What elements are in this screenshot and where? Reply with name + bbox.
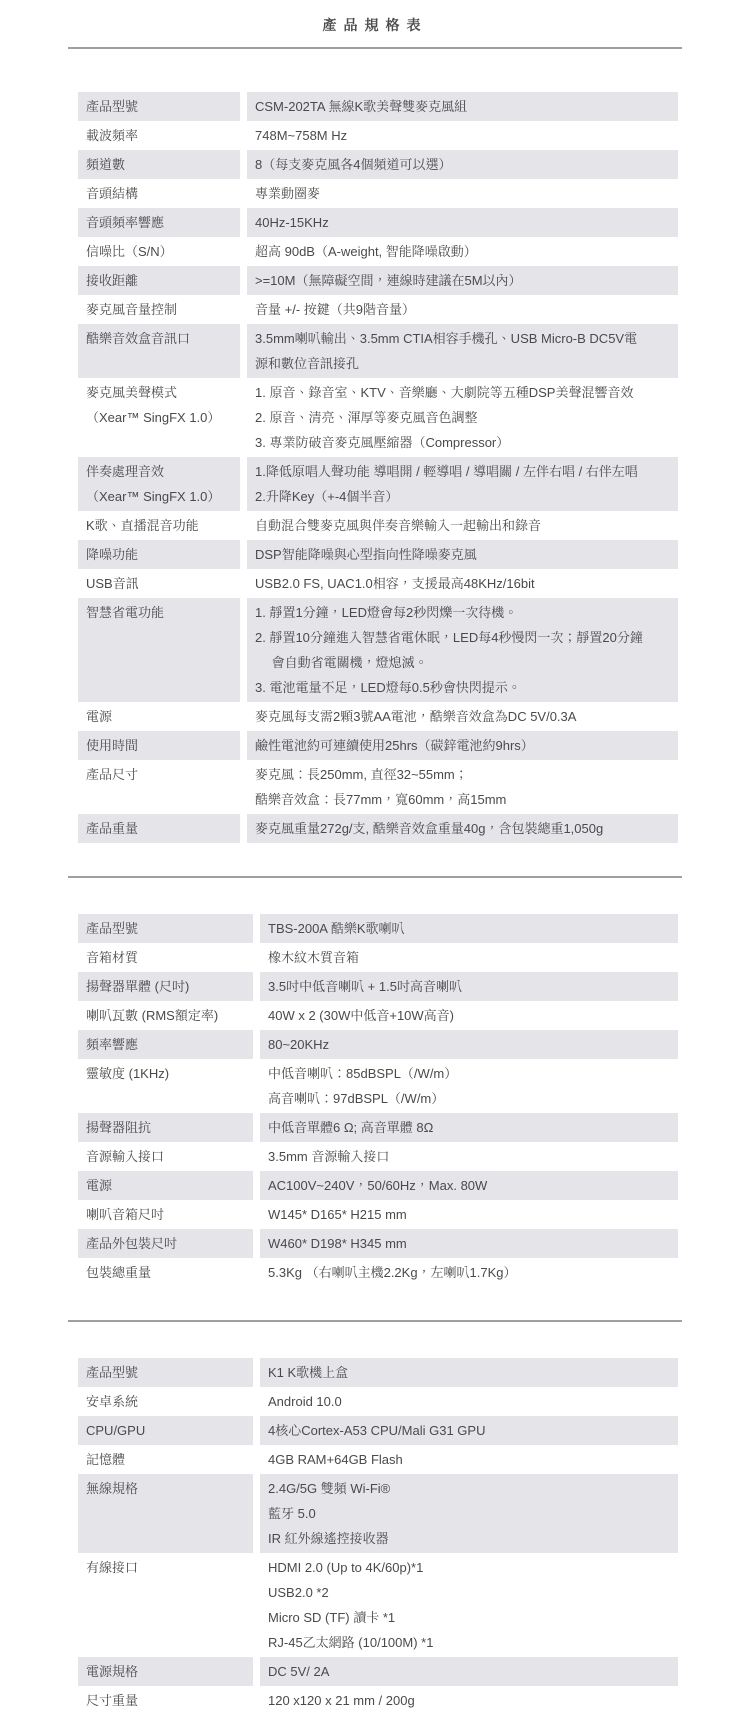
spec-row: 產品重量麥克風重量272g/支, 酷樂音效盒重量40g，含包裝總重1,050g	[78, 814, 678, 843]
spec-label-line: 頻道數	[86, 152, 232, 177]
spec-label-line: 使用時間	[86, 733, 232, 758]
spec-value-cell: Android 10.0	[260, 1387, 678, 1416]
spec-value-cell: W145* D165* H215 mm	[260, 1200, 678, 1229]
spec-label-line: 載波頻率	[86, 123, 232, 148]
spec-value-line: 1. 原音、錄音室、KTV、音樂廳、大劇院等五種DSP美聲混響音效	[255, 380, 670, 405]
spec-row: 產品尺寸麥克風：長250mm, 直徑32~55mm；酷樂音效盒：長77mm，寬6…	[78, 760, 678, 814]
spec-value-cell: 3.5吋中低音喇叭 + 1.5吋高音喇叭	[260, 972, 678, 1001]
spec-value-line: 40Hz-15KHz	[255, 210, 670, 235]
spec-label-line: 產品型號	[86, 94, 232, 119]
spec-value-line: DC 5V/ 2A	[268, 1659, 670, 1684]
spec-value-line: 3. 專業防破音麥克風壓縮器（Compressor）	[255, 430, 670, 455]
spec-label-line: 音頭結構	[86, 181, 232, 206]
spec-value-line: 專業動圈麥	[255, 181, 670, 206]
spec-label-cell: 電源	[78, 1171, 253, 1200]
spec-row: 喇叭瓦數 (RMS額定率)40W x 2 (30W中低音+10W高音)	[78, 1001, 678, 1030]
spec-value-line: 麥克風重量272g/支, 酷樂音效盒重量40g，含包裝總重1,050g	[255, 816, 670, 841]
spec-label-cell: 音頭結構	[78, 179, 240, 208]
spec-label-cell: 無線規格	[78, 1474, 253, 1553]
spec-value-cell: CSM-202TA 無線K歌美聲雙麥克風組	[247, 92, 678, 121]
spec-table-wireless-mic-set: 產品型號CSM-202TA 無線K歌美聲雙麥克風組載波頻率748M~758M H…	[78, 92, 678, 843]
spec-value-line: CSM-202TA 無線K歌美聲雙麥克風組	[255, 94, 670, 119]
spec-value-line: TBS-200A 酷樂K歌喇叭	[268, 916, 670, 941]
spec-value-line: 自動混合雙麥克風與伴奏音樂輸入一起輸出和錄音	[255, 513, 670, 538]
spec-value-line: 橡木紋木質音箱	[268, 945, 670, 970]
spec-value-line: 麥克風：長250mm, 直徑32~55mm；	[255, 762, 670, 787]
spec-value-line: 748M~758M Hz	[255, 123, 670, 148]
page-title: 產品規格表	[0, 0, 750, 47]
spec-label-cell: 有線接口	[78, 1553, 253, 1657]
spec-value-cell: 3.5mm 音源輸入接口	[260, 1142, 678, 1171]
spec-value-line: 2. 原音、清亮、渾厚等麥克風音色調整	[255, 405, 670, 430]
spec-value-cell: 4GB RAM+64GB Flash	[260, 1445, 678, 1474]
spec-label-cell: 產品尺寸	[78, 760, 240, 814]
spec-label-cell: 電源規格	[78, 1657, 253, 1686]
spec-label-cell: 智慧省電功能	[78, 598, 240, 702]
spec-value-line: 中低音單體6 Ω; 高音單體 8Ω	[268, 1115, 670, 1140]
spec-row: 電源規格DC 5V/ 2A	[78, 1657, 678, 1686]
spec-value-line: AC100V~240V，50/60Hz，Max. 80W	[268, 1173, 670, 1198]
spec-label-line: 記憶體	[86, 1447, 245, 1472]
spec-value-line: 3. 電池電量不足，LED燈每0.5秒會快閃提示。	[255, 675, 670, 700]
spec-label-cell: 頻道數	[78, 150, 240, 179]
spec-value-line: 藍牙 5.0	[268, 1501, 670, 1526]
spec-row: 麥克風美聲模式（Xear™ SingFX 1.0）1. 原音、錄音室、KTV、音…	[78, 378, 678, 457]
spec-value-line: USB2.0 FS, UAC1.0相容，支援最高48KHz/16bit	[255, 571, 670, 596]
spec-value-cell: 超高 90dB（A-weight, 智能降噪啟動）	[247, 237, 678, 266]
spec-value-cell: K1 K歌機上盒	[260, 1358, 678, 1387]
spec-value-line: 中低音喇叭：85dBSPL（/W/m）	[268, 1061, 670, 1086]
spec-row: 麥克風音量控制音量 +/- 按鍵（共9階音量）	[78, 295, 678, 324]
spec-row: 接收距離>=10M（無障礙空間，連線時建議在5M以內）	[78, 266, 678, 295]
spec-label-cell: 接收距離	[78, 266, 240, 295]
spec-label-cell: 音源輸入接口	[78, 1142, 253, 1171]
spec-value-line: 酷樂音效盒：長77mm，寬60mm，高15mm	[255, 787, 670, 812]
spec-label-line: 信噪比（S/N）	[86, 239, 232, 264]
spec-value-cell: AC100V~240V，50/60Hz，Max. 80W	[260, 1171, 678, 1200]
spec-label-line: 電源	[86, 704, 232, 729]
spec-value-cell: 748M~758M Hz	[247, 121, 678, 150]
spec-row: 無線規格2.4G/5G 雙頻 Wi-Fi®藍牙 5.0IR 紅外線遙控接收器	[78, 1474, 678, 1553]
spec-value-cell: HDMI 2.0 (Up to 4K/60p)*1USB2.0 *2Micro …	[260, 1553, 678, 1657]
spec-value-line: USB2.0 *2	[268, 1580, 670, 1605]
spec-label-cell: 產品型號	[78, 914, 253, 943]
spec-label-line: K歌、直播混音功能	[86, 513, 232, 538]
spec-label-line: 產品尺寸	[86, 762, 232, 787]
spec-value-line: W145* D165* H215 mm	[268, 1202, 670, 1227]
spec-value-cell: >=10M（無障礙空間，連線時建議在5M以內）	[247, 266, 678, 295]
spec-row: 音頭頻率響應40Hz-15KHz	[78, 208, 678, 237]
spec-row: 音頭結構專業動圈麥	[78, 179, 678, 208]
spec-row: 頻道數8（每支麥克風各4個頻道可以選）	[78, 150, 678, 179]
section-divider-1	[68, 876, 682, 878]
spec-value-line: 麥克風每支需2顆3號AA電池，酷樂音效盒為DC 5V/0.3A	[255, 704, 670, 729]
spec-value-line: 3.5mm 音源輸入接口	[268, 1144, 670, 1169]
spec-value-line: >=10M（無障礙空間，連線時建議在5M以內）	[255, 268, 670, 293]
spec-label-line: 音頭頻率響應	[86, 210, 232, 235]
spec-label-cell: 安卓系統	[78, 1387, 253, 1416]
spec-label-cell: 音箱材質	[78, 943, 253, 972]
spec-value-cell: 自動混合雙麥克風與伴奏音樂輸入一起輸出和錄音	[247, 511, 678, 540]
spec-label-cell: 伴奏處理音效（Xear™ SingFX 1.0）	[78, 457, 240, 511]
spec-value-line: 會自動省電關機，燈熄滅。	[255, 650, 670, 675]
spec-value-line: W460* D198* H345 mm	[268, 1231, 670, 1256]
spec-row: 電源麥克風每支需2顆3號AA電池，酷樂音效盒為DC 5V/0.3A	[78, 702, 678, 731]
spec-value-cell: 120 x120 x 21 mm / 200g	[260, 1686, 678, 1715]
spec-label-line: 音箱材質	[86, 945, 245, 970]
spec-label-cell: 喇叭音箱尺吋	[78, 1200, 253, 1229]
spec-value-cell: 音量 +/- 按鍵（共9階音量）	[247, 295, 678, 324]
spec-label-cell: 揚聲器阻抗	[78, 1113, 253, 1142]
spec-label-line: USB音訊	[86, 571, 232, 596]
spec-label-cell: CPU/GPU	[78, 1416, 253, 1445]
spec-label-cell: 產品重量	[78, 814, 240, 843]
spec-value-line: 120 x120 x 21 mm / 200g	[268, 1688, 670, 1713]
spec-value-cell: 專業動圈麥	[247, 179, 678, 208]
spec-row: 有線接口HDMI 2.0 (Up to 4K/60p)*1USB2.0 *2Mi…	[78, 1553, 678, 1657]
spec-label-line: 酷樂音效盒音訊口	[86, 326, 232, 351]
spec-row: USB音訊USB2.0 FS, UAC1.0相容，支援最高48KHz/16bit	[78, 569, 678, 598]
spec-row: K歌、直播混音功能自動混合雙麥克風與伴奏音樂輸入一起輸出和錄音	[78, 511, 678, 540]
spec-value-line: 40W x 2 (30W中低音+10W高音)	[268, 1003, 670, 1028]
spec-row: 包裝總重量5.3Kg （右喇叭主機2.2Kg，左喇叭1.7Kg）	[78, 1258, 678, 1287]
spec-row: 產品型號K1 K歌機上盒	[78, 1358, 678, 1387]
spec-value-line: 80~20KHz	[268, 1032, 670, 1057]
spec-value-cell: 1. 靜置1分鐘，LED燈會每2秒閃爍一次待機。2. 靜置10分鐘進入智慧省電休…	[247, 598, 678, 702]
spec-value-line: 2. 靜置10分鐘進入智慧省電休眠，LED每4秒慢閃一次；靜置20分鐘	[255, 625, 670, 650]
section-divider-2	[68, 1320, 682, 1322]
spec-label-cell: USB音訊	[78, 569, 240, 598]
spec-value-cell: 麥克風每支需2顆3號AA電池，酷樂音效盒為DC 5V/0.3A	[247, 702, 678, 731]
spec-label-cell: 靈敏度 (1KHz)	[78, 1059, 253, 1113]
spec-row: 喇叭音箱尺吋W145* D165* H215 mm	[78, 1200, 678, 1229]
spec-value-line: 源和數位音訊接孔	[255, 351, 670, 376]
spec-label-line: 有線接口	[86, 1555, 245, 1580]
spec-value-cell: 中低音單體6 Ω; 高音單體 8Ω	[260, 1113, 678, 1142]
spec-label-cell: 記憶體	[78, 1445, 253, 1474]
spec-label-line: （Xear™ SingFX 1.0）	[86, 405, 232, 430]
spec-value-cell: TBS-200A 酷樂K歌喇叭	[260, 914, 678, 943]
spec-label-line: 喇叭瓦數 (RMS額定率)	[86, 1003, 245, 1028]
spec-value-line: 3.5吋中低音喇叭 + 1.5吋高音喇叭	[268, 974, 670, 999]
spec-label-cell: 尺寸重量	[78, 1686, 253, 1715]
spec-label-line: 安卓系統	[86, 1389, 245, 1414]
spec-value-line: 鹼性電池約可連續使用25hrs（碳鋅電池約9hrs）	[255, 733, 670, 758]
spec-label-line: 電源規格	[86, 1659, 245, 1684]
spec-row: 酷樂音效盒音訊口3.5mm喇叭輸出、3.5mm CTIA相容手機孔、USB Mi…	[78, 324, 678, 378]
spec-row: CPU/GPU4核心Cortex-A53 CPU/Mali G31 GPU	[78, 1416, 678, 1445]
spec-label-line: CPU/GPU	[86, 1418, 245, 1443]
spec-value-cell: W460* D198* H345 mm	[260, 1229, 678, 1258]
spec-label-line: 產品外包裝尺吋	[86, 1231, 245, 1256]
spec-value-cell: DC 5V/ 2A	[260, 1657, 678, 1686]
spec-value-line: 超高 90dB（A-weight, 智能降噪啟動）	[255, 239, 670, 264]
spec-value-line: 1.降低原唱人聲功能 導唱開 / 輕導唱 / 導唱關 / 左伴右唱 / 右伴左唱	[255, 459, 670, 484]
spec-value-cell: 5.3Kg （右喇叭主機2.2Kg，左喇叭1.7Kg）	[260, 1258, 678, 1287]
spec-value-line: 4核心Cortex-A53 CPU/Mali G31 GPU	[268, 1418, 670, 1443]
spec-label-cell: 產品外包裝尺吋	[78, 1229, 253, 1258]
spec-row: 產品外包裝尺吋W460* D198* H345 mm	[78, 1229, 678, 1258]
title-divider	[68, 47, 682, 49]
spec-label-line: 靈敏度 (1KHz)	[86, 1061, 245, 1086]
spec-label-line: 電源	[86, 1173, 245, 1198]
spec-value-line: 5.3Kg （右喇叭主機2.2Kg，左喇叭1.7Kg）	[268, 1260, 670, 1285]
spec-label-cell: K歌、直播混音功能	[78, 511, 240, 540]
spec-value-line: RJ-45乙太網路 (10/100M) *1	[268, 1630, 670, 1655]
spec-value-line: 3.5mm喇叭輸出、3.5mm CTIA相容手機孔、USB Micro-B DC…	[255, 326, 670, 351]
spec-label-cell: 喇叭瓦數 (RMS額定率)	[78, 1001, 253, 1030]
spec-row: 信噪比（S/N）超高 90dB（A-weight, 智能降噪啟動）	[78, 237, 678, 266]
spec-row: 降噪功能DSP智能降噪與心型指向性降噪麥克風	[78, 540, 678, 569]
spec-value-cell: 80~20KHz	[260, 1030, 678, 1059]
spec-label-cell: 頻率響應	[78, 1030, 253, 1059]
spec-label-line: 產品重量	[86, 816, 232, 841]
spec-label-line: 頻率響應	[86, 1032, 245, 1057]
spec-value-line: 高音喇叭：97dBSPL（/W/m）	[268, 1086, 670, 1111]
spec-label-line: 麥克風音量控制	[86, 297, 232, 322]
spec-row: 電源AC100V~240V，50/60Hz，Max. 80W	[78, 1171, 678, 1200]
spec-label-cell: 信噪比（S/N）	[78, 237, 240, 266]
spec-value-cell: 中低音喇叭：85dBSPL（/W/m）高音喇叭：97dBSPL（/W/m）	[260, 1059, 678, 1113]
spec-label-cell: 麥克風音量控制	[78, 295, 240, 324]
spec-label-line: 包裝總重量	[86, 1260, 245, 1285]
spec-row: 伴奏處理音效（Xear™ SingFX 1.0）1.降低原唱人聲功能 導唱開 /…	[78, 457, 678, 511]
spec-label-line: 麥克風美聲模式	[86, 380, 232, 405]
spec-row: 使用時間鹼性電池約可連續使用25hrs（碳鋅電池約9hrs）	[78, 731, 678, 760]
spec-value-cell: 1.降低原唱人聲功能 導唱開 / 輕導唱 / 導唱關 / 左伴右唱 / 右伴左唱…	[247, 457, 678, 511]
spec-row: 產品型號CSM-202TA 無線K歌美聲雙麥克風組	[78, 92, 678, 121]
spec-value-line: Android 10.0	[268, 1389, 670, 1414]
spec-label-cell: 載波頻率	[78, 121, 240, 150]
spec-value-line: 2.升降Key（+-4個半音）	[255, 484, 670, 509]
spec-label-cell: 電源	[78, 702, 240, 731]
spec-label-line: 產品型號	[86, 916, 245, 941]
spec-label-cell: 使用時間	[78, 731, 240, 760]
spec-value-line: Micro SD (TF) 讀卡 *1	[268, 1605, 670, 1630]
spec-value-cell: USB2.0 FS, UAC1.0相容，支援最高48KHz/16bit	[247, 569, 678, 598]
spec-label-line: 揚聲器單體 (尺吋)	[86, 974, 245, 999]
spec-row: 記憶體4GB RAM+64GB Flash	[78, 1445, 678, 1474]
spec-value-line: K1 K歌機上盒	[268, 1360, 670, 1385]
spec-value-line: 音量 +/- 按鍵（共9階音量）	[255, 297, 670, 322]
spec-label-cell: 產品型號	[78, 92, 240, 121]
spec-table-karaoke-speaker: 產品型號TBS-200A 酷樂K歌喇叭音箱材質橡木紋木質音箱揚聲器單體 (尺吋)…	[78, 914, 678, 1287]
spec-row: 靈敏度 (1KHz)中低音喇叭：85dBSPL（/W/m）高音喇叭：97dBSP…	[78, 1059, 678, 1113]
spec-value-line: 1. 靜置1分鐘，LED燈會每2秒閃爍一次待機。	[255, 600, 670, 625]
spec-label-line: 降噪功能	[86, 542, 232, 567]
spec-row: 智慧省電功能1. 靜置1分鐘，LED燈會每2秒閃爍一次待機。2. 靜置10分鐘進…	[78, 598, 678, 702]
spec-label-line: 無線規格	[86, 1476, 245, 1501]
spec-value-cell: 8（每支麥克風各4個頻道可以選）	[247, 150, 678, 179]
spec-label-line: 伴奏處理音效	[86, 459, 232, 484]
spec-value-cell: 1. 原音、錄音室、KTV、音樂廳、大劇院等五種DSP美聲混響音效2. 原音、清…	[247, 378, 678, 457]
spec-value-cell: 3.5mm喇叭輸出、3.5mm CTIA相容手機孔、USB Micro-B DC…	[247, 324, 678, 378]
spec-value-cell: 40W x 2 (30W中低音+10W高音)	[260, 1001, 678, 1030]
spec-value-line: HDMI 2.0 (Up to 4K/60p)*1	[268, 1555, 670, 1580]
spec-value-line: 4GB RAM+64GB Flash	[268, 1447, 670, 1472]
spec-row: 產品型號TBS-200A 酷樂K歌喇叭	[78, 914, 678, 943]
spec-label-cell: 麥克風美聲模式（Xear™ SingFX 1.0）	[78, 378, 240, 457]
spec-label-cell: 包裝總重量	[78, 1258, 253, 1287]
spec-value-cell: 40Hz-15KHz	[247, 208, 678, 237]
spec-label-cell: 音頭頻率響應	[78, 208, 240, 237]
spec-label-line: 尺寸重量	[86, 1688, 245, 1713]
spec-label-line: 音源輸入接口	[86, 1144, 245, 1169]
spec-label-line: 揚聲器阻抗	[86, 1115, 245, 1140]
spec-row: 揚聲器阻抗中低音單體6 Ω; 高音單體 8Ω	[78, 1113, 678, 1142]
spec-row: 音箱材質橡木紋木質音箱	[78, 943, 678, 972]
spec-sheet: 產品規格表 產品型號CSM-202TA 無線K歌美聲雙麥克風組載波頻率748M~…	[0, 0, 750, 1715]
spec-label-line: 智慧省電功能	[86, 600, 232, 625]
spec-value-line: 8（每支麥克風各4個頻道可以選）	[255, 152, 670, 177]
spec-value-line: 2.4G/5G 雙頻 Wi-Fi®	[268, 1476, 670, 1501]
spec-value-line: DSP智能降噪與心型指向性降噪麥克風	[255, 542, 670, 567]
spec-value-cell: 4核心Cortex-A53 CPU/Mali G31 GPU	[260, 1416, 678, 1445]
spec-value-cell: 2.4G/5G 雙頻 Wi-Fi®藍牙 5.0IR 紅外線遙控接收器	[260, 1474, 678, 1553]
spec-label-cell: 揚聲器單體 (尺吋)	[78, 972, 253, 1001]
spec-label-line: （Xear™ SingFX 1.0）	[86, 484, 232, 509]
spec-label-cell: 降噪功能	[78, 540, 240, 569]
spec-row: 載波頻率748M~758M Hz	[78, 121, 678, 150]
spec-row: 揚聲器單體 (尺吋)3.5吋中低音喇叭 + 1.5吋高音喇叭	[78, 972, 678, 1001]
spec-row: 音源輸入接口3.5mm 音源輸入接口	[78, 1142, 678, 1171]
spec-value-cell: 麥克風：長250mm, 直徑32~55mm；酷樂音效盒：長77mm，寬60mm，…	[247, 760, 678, 814]
spec-value-cell: 鹼性電池約可連續使用25hrs（碳鋅電池約9hrs）	[247, 731, 678, 760]
spec-label-line: 喇叭音箱尺吋	[86, 1202, 245, 1227]
spec-table-set-top-box: 產品型號K1 K歌機上盒安卓系統Android 10.0CPU/GPU4核心Co…	[78, 1358, 678, 1715]
spec-row: 安卓系統Android 10.0	[78, 1387, 678, 1416]
spec-label-line: 產品型號	[86, 1360, 245, 1385]
spec-row: 尺寸重量120 x120 x 21 mm / 200g	[78, 1686, 678, 1715]
spec-value-cell: 麥克風重量272g/支, 酷樂音效盒重量40g，含包裝總重1,050g	[247, 814, 678, 843]
spec-label-cell: 酷樂音效盒音訊口	[78, 324, 240, 378]
spec-value-cell: DSP智能降噪與心型指向性降噪麥克風	[247, 540, 678, 569]
spec-value-line: IR 紅外線遙控接收器	[268, 1526, 670, 1551]
spec-label-line: 接收距離	[86, 268, 232, 293]
spec-label-cell: 產品型號	[78, 1358, 253, 1387]
spec-row: 頻率響應80~20KHz	[78, 1030, 678, 1059]
spec-value-cell: 橡木紋木質音箱	[260, 943, 678, 972]
